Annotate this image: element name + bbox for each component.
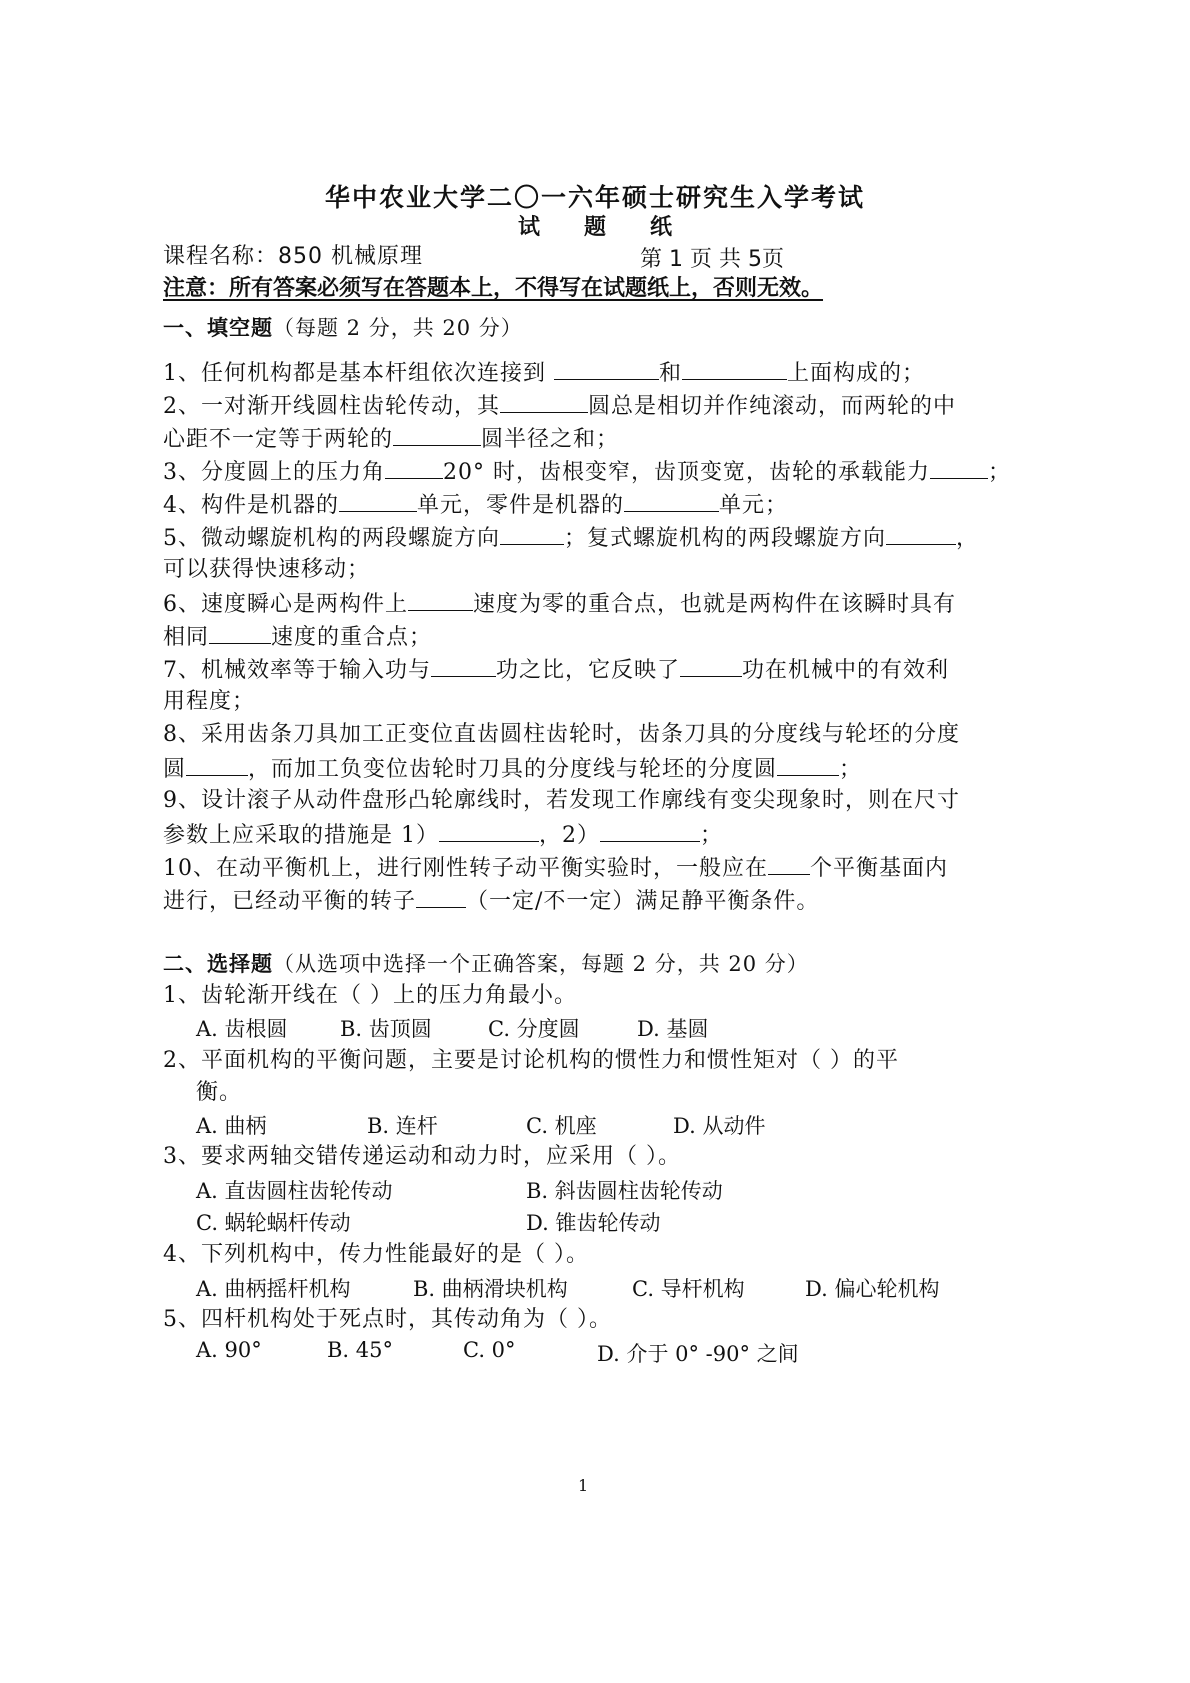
answer-blank [408, 588, 473, 611]
fill-question-6: 6、速度瞬心是两构件上速度为零的重合点，也就是两构件在该瞬时具有 [163, 588, 956, 620]
fill-question-7-cont: 用程度； [163, 687, 255, 717]
fill-question-1: 1、任何机构都是基本杆组依次连接到 和上面构成的； [163, 357, 925, 389]
choice-option: A. 曲柄摇杆机构 [196, 1273, 351, 1303]
section2-title: 二、选择题 [163, 952, 273, 976]
fill-question-5: 5、微动螺旋机构的两段螺旋方向；复式螺旋机构的两段螺旋方向， [163, 522, 979, 554]
choice-option: C. 0° [463, 1338, 516, 1362]
fill-question-2: 2、一对渐开线圆柱齿轮传动，其圆总是相切并作纯滚动，而两轮的中 [163, 390, 956, 422]
fill-question-10-cont: 进行，已经动平衡的转子（一定/不一定）满足静平衡条件。 [163, 885, 819, 917]
choice-option: B. 斜齿圆柱齿轮传动 [526, 1175, 723, 1205]
section2-heading: 二、选择题（从选项中选择一个正确答案，每题 2 分，共 20 分） [163, 949, 809, 979]
choice-option: C. 分度圆 [488, 1013, 580, 1043]
exam-page: 华中农业大学二〇一六年硕士研究生入学考试 试题纸 课程名称：850 机械原理 第… [0, 0, 1190, 1683]
answer-blank [500, 522, 564, 545]
answer-blank [624, 489, 719, 512]
choice-option: B. 连杆 [367, 1110, 438, 1140]
choice-option: A. 曲柄 [196, 1110, 267, 1140]
fill-question-8: 8、采用齿条刀具加工正变位直齿圆柱齿轮时，齿条刀具的分度线与轮坯的分度 [163, 720, 960, 750]
answer-blank [500, 390, 588, 413]
fill-question-9: 9、设计滚子从动件盘形凸轮廓线时，若发现工作廓线有变尖现象时，则在尺寸 [163, 786, 960, 816]
answer-blank [777, 753, 839, 776]
fill-question-10: 10、在动平衡机上，进行刚性转子动平衡实验时，一般应在个平衡基面内 [163, 852, 948, 884]
page-number: 1 [578, 1476, 588, 1495]
choice-option: D. 介于 0° -90° 之间 [597, 1338, 799, 1368]
answer-blank [680, 654, 742, 677]
exam-title: 华中农业大学二〇一六年硕士研究生入学考试 [0, 178, 1190, 214]
answer-blank [385, 456, 443, 479]
fill-question-7: 7、机械效率等于输入功与功之比，它反映了功在机械中的有效利 [163, 654, 949, 686]
answer-blank [186, 753, 248, 776]
choice-question-3: 3、要求两轴交错传递运动和动力时，应采用（ ）。 [163, 1142, 681, 1172]
subtitle-char: 纸 [650, 210, 672, 241]
section2-note: （从选项中选择一个正确答案，每题 2 分，共 20 分） [273, 952, 809, 976]
answer-blank [439, 819, 539, 842]
section1-heading: 一、填空题（每题 2 分，共 20 分） [163, 313, 523, 343]
answer-blank [554, 357, 659, 380]
answer-blank [768, 852, 810, 875]
answer-blank [339, 489, 417, 512]
section1-note: （每题 2 分，共 20 分） [273, 316, 523, 340]
subtitle-char: 试 [518, 210, 540, 241]
fill-question-3: 3、分度圆上的压力角20° 时，齿根变窄，齿顶变宽，齿轮的承载能力； [163, 456, 1011, 488]
subtitle-char: 题 [584, 210, 606, 241]
fill-question-6-cont: 相同速度的重合点； [163, 621, 432, 653]
notice: 注意：所有答案必须写在答题本上，不得写在试题纸上，否则无效。 [163, 274, 823, 304]
answer-blank [682, 357, 787, 380]
choice-question-5: 5、四杆机构处于死点时，其传动角为（ ）。 [163, 1305, 612, 1335]
choice-question-2: 2、平面机构的平衡问题，主要是讨论机构的惯性力和惯性矩对（ ）的平 [163, 1046, 899, 1076]
choice-question-2-cont: 衡。 [196, 1078, 242, 1108]
fill-question-8-cont: 圆，而加工负变位齿轮时刀具的分度线与轮坯的分度圆； [163, 753, 862, 785]
answer-blank [393, 423, 481, 446]
answer-blank [886, 522, 956, 545]
choice-option: D. 偏心轮机构 [805, 1273, 939, 1303]
choice-option: A. 直齿圆柱齿轮传动 [196, 1175, 393, 1205]
choice-question-4: 4、下列机构中，传力性能最好的是（ ）。 [163, 1240, 589, 1270]
page-info: 第 1 页 共 5页 [640, 242, 784, 273]
answer-blank [209, 621, 271, 644]
answer-blank [930, 456, 988, 479]
fill-question-2-cont: 心距不一定等于两轮的圆半径之和； [163, 423, 619, 455]
choice-option: D. 从动件 [673, 1110, 765, 1140]
answer-blank [416, 885, 466, 908]
choice-option: B. 45° [327, 1338, 393, 1362]
choice-option: D. 基圆 [637, 1013, 708, 1043]
choice-option: C. 机座 [526, 1110, 597, 1140]
fill-question-4: 4、构件是机器的单元，零件是机器的单元； [163, 489, 788, 521]
choice-option: B. 曲柄滑块机构 [413, 1273, 568, 1303]
choice-option: D. 锥齿轮传动 [526, 1207, 660, 1237]
choice-option: B. 齿顶圆 [340, 1013, 432, 1043]
fill-question-5-cont: 可以获得快速移动； [163, 555, 370, 585]
course-name: 课程名称：850 机械原理 [163, 242, 423, 272]
exam-subtitle: 试题纸 [0, 210, 1190, 241]
answer-blank [600, 819, 700, 842]
choice-option: A. 齿根圆 [196, 1013, 288, 1043]
answer-blank [431, 654, 496, 677]
choice-option: C. 导杆机构 [632, 1273, 745, 1303]
section1-title: 一、填空题 [163, 316, 273, 340]
choice-option: A. 90° [196, 1338, 262, 1362]
fill-question-9-cont: 参数上应采取的措施是 1），2）； [163, 819, 723, 851]
choice-option: C. 蜗轮蜗杆传动 [196, 1207, 351, 1237]
choice-question-1: 1、齿轮渐开线在（ ）上的压力角最小。 [163, 981, 577, 1011]
